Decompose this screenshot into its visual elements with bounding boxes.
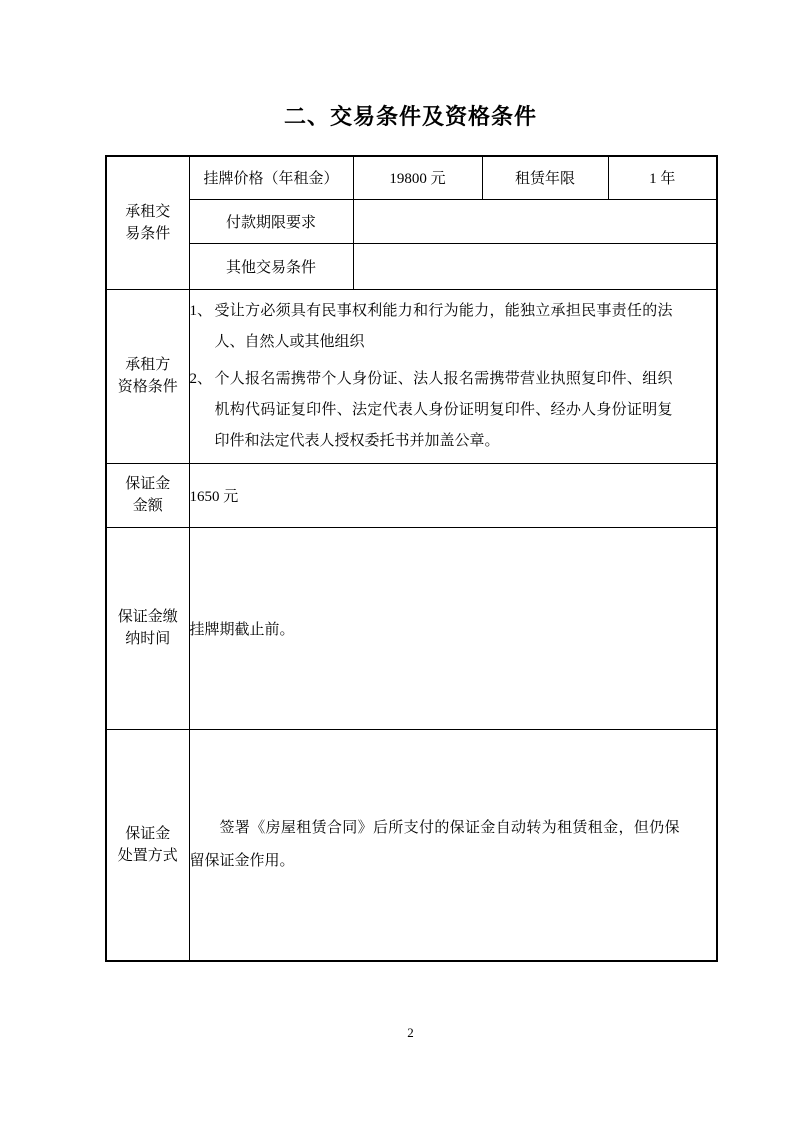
row-header-deposit-payment-time: 保证金缴 纳时间: [106, 527, 189, 729]
deposit-disposal-cell: 签署《房屋租赁合同》后所支付的保证金自动转为租赁租金，但仍保留保证金作用。: [189, 729, 717, 961]
deposit-payment-time-value: 挂牌期截止前。: [189, 527, 717, 729]
table-row-other-conditions: 其他交易条件: [106, 243, 717, 289]
qualification-item-text: 受让方必须具有民事权利能力和行为能力，能独立承担民事责任的法人、自然人或其他组织: [215, 296, 673, 358]
lease-term-value: 1 年: [608, 156, 717, 199]
other-conditions-label: 其他交易条件: [189, 243, 353, 289]
other-conditions-value: [353, 243, 717, 289]
table-row-deposit-amount: 保证金 金额 1650 元: [106, 463, 717, 527]
deposit-disposal-text: 签署《房屋租赁合同》后所支付的保证金自动转为租赁租金，但仍保留保证金作用。: [190, 812, 680, 878]
list-marker: 2、: [190, 364, 215, 457]
qualification-item-1: 1、 受让方必须具有民事权利能力和行为能力，能独立承担民事责任的法人、自然人或其…: [190, 296, 717, 358]
lease-term-label: 租赁年限: [482, 156, 608, 199]
qualification-item-2: 2、 个人报名需携带个人身份证、法人报名需携带营业执照复印件、组织机构代码证复印…: [190, 364, 717, 457]
document-page: 二、交易条件及资格条件 承租交 易条件 挂牌价格（年租金） 19800 元 租赁…: [0, 0, 793, 1122]
listing-price-value: 19800 元: [353, 156, 482, 199]
qualification-item-text: 个人报名需携带个人身份证、法人报名需携带营业执照复印件、组织机构代码证复印件、法…: [215, 364, 673, 457]
table-row-qualification: 承租方 资格条件 1、 受让方必须具有民事权利能力和行为能力，能独立承担民事责任…: [106, 289, 717, 463]
listing-price-label: 挂牌价格（年租金）: [189, 156, 353, 199]
conditions-table: 承租交 易条件 挂牌价格（年租金） 19800 元 租赁年限 1 年 付款期限要…: [105, 155, 718, 962]
table-row-deposit-disposal: 保证金 处置方式 签署《房屋租赁合同》后所支付的保证金自动转为租赁租金，但仍保留…: [106, 729, 717, 961]
payment-terms-value: [353, 199, 717, 243]
table-row-deposit-time: 保证金缴 纳时间 挂牌期截止前。: [106, 527, 717, 729]
page-title: 二、交易条件及资格条件: [105, 103, 716, 131]
table-row-payment-terms: 付款期限要求: [106, 199, 717, 243]
row-header-deposit-amount: 保证金 金额: [106, 463, 189, 527]
row-header-lease-conditions: 承租交 易条件: [106, 156, 189, 289]
list-marker: 1、: [190, 296, 215, 358]
payment-terms-label: 付款期限要求: [189, 199, 353, 243]
row-header-deposit-disposal: 保证金 处置方式: [106, 729, 189, 961]
row-header-lessee-qualification: 承租方 资格条件: [106, 289, 189, 463]
table-row-listing-price: 承租交 易条件 挂牌价格（年租金） 19800 元 租赁年限 1 年: [106, 156, 717, 199]
page-number: 2: [105, 1025, 716, 1041]
qualification-conditions-cell: 1、 受让方必须具有民事权利能力和行为能力，能独立承担民事责任的法人、自然人或其…: [189, 289, 717, 463]
deposit-amount-value: 1650 元: [189, 463, 717, 527]
